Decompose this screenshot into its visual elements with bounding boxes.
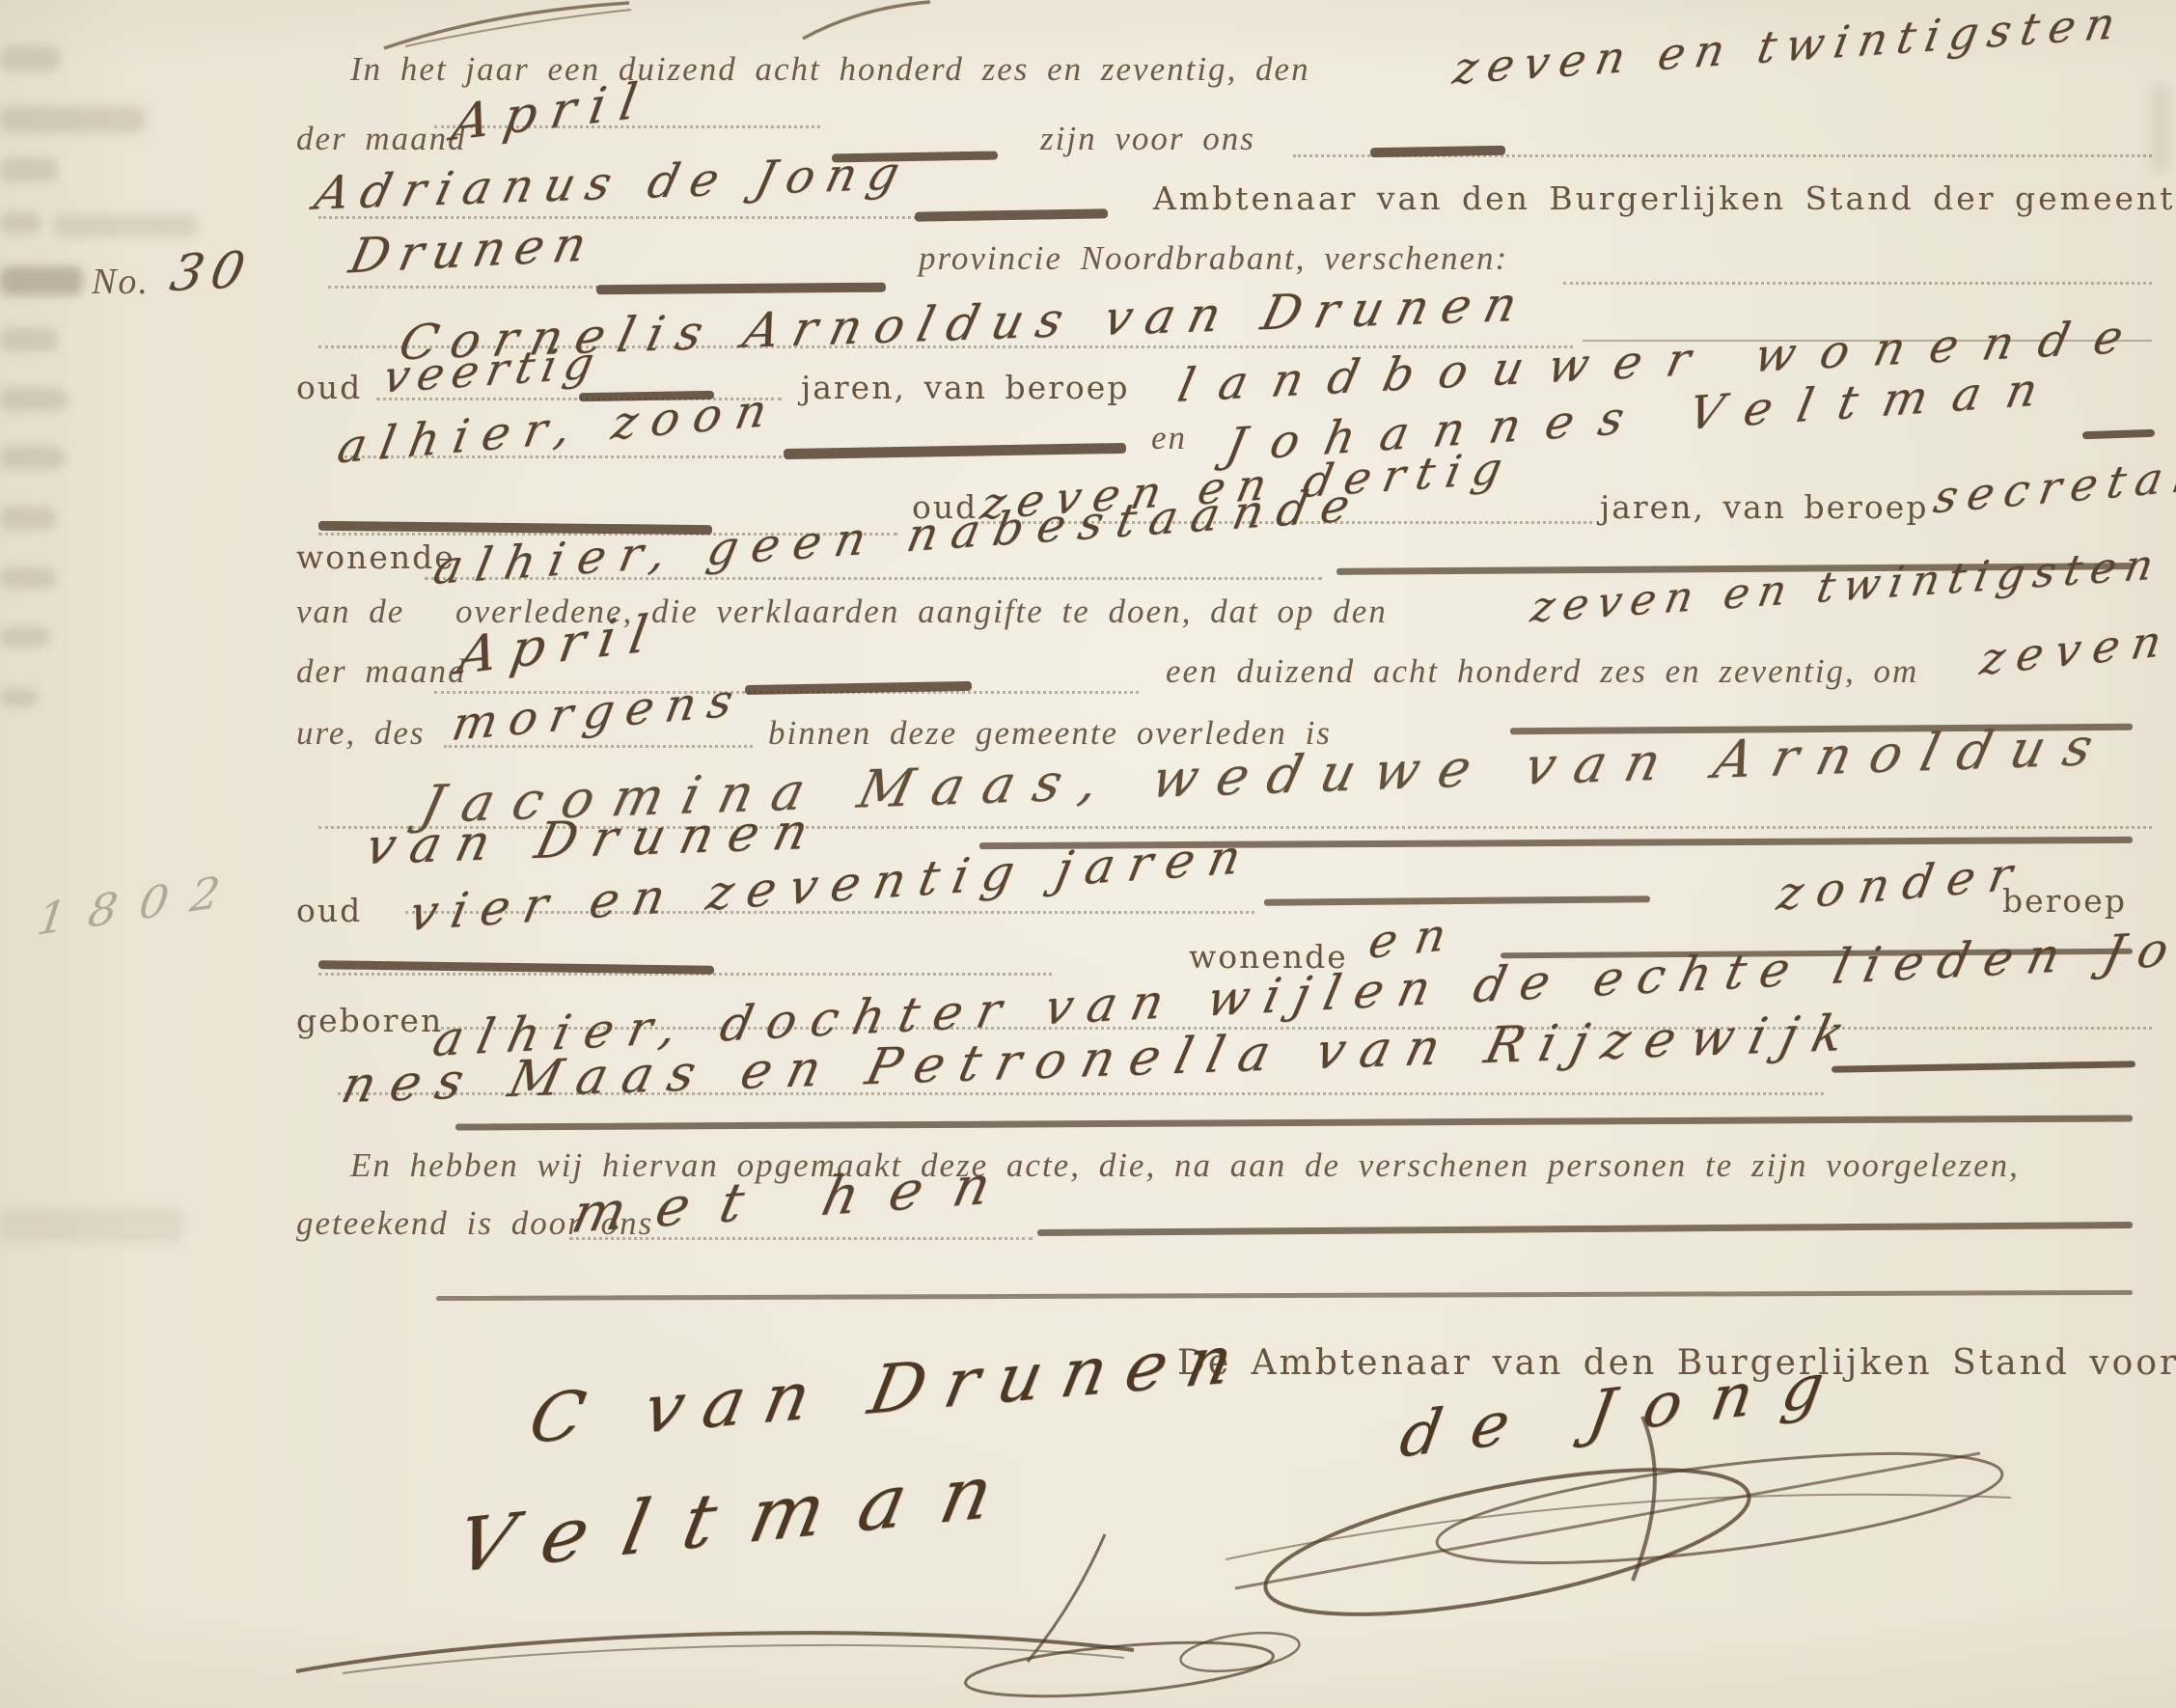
ink-line [455,1115,2133,1130]
bleedthrough-mark [0,388,68,411]
printed-declaration-a: van de [296,592,404,631]
dotted-fill-line [569,1237,1033,1240]
dotted-fill-line [1563,282,2152,285]
margin-pencil-note: 1802 [34,863,245,945]
dotted-fill-line [328,286,598,289]
top-flourish-left-icon [376,0,637,50]
dotted-fill-line [1293,154,2152,157]
death-certificate-page: No. 30 1802 In het jaar een duizend acht… [0,0,2176,1708]
written-death-day: zeven en twintigsten [1528,540,2166,633]
bleedthrough-mark [0,46,60,71]
written-death-hour: zeven [1976,614,2176,685]
printed-ure-des: ure, des [296,714,426,753]
printed-ambtenaar-caption: Ambtenaar van den Burgerlijken Stand der… [1153,179,2176,217]
written-zonder: zonder [1774,846,2030,922]
printed-year-2: een duizend acht honderd zes en zeventig… [1166,652,1918,691]
ink-line [1264,895,1650,905]
bleedthrough-mark [0,1208,183,1243]
printed-beroep-1: jaren, van beroep [801,369,1129,406]
ink-dash [784,443,1126,459]
ink-dash [2082,429,2155,440]
written-day-of-month: zeven en twintigsten [1449,0,2129,95]
record-number-label: No. [92,261,150,303]
dotted-fill-line [434,125,820,128]
printed-en: en [1151,419,1187,457]
dotted-fill-line [318,216,917,219]
printed-closing: En hebben wij hiervan opgemaakt deze act… [350,1146,2020,1185]
ink-dash [915,208,1108,221]
signature-declarant2: Veltman [449,1446,1034,1590]
printed-geboren: geboren [296,1002,443,1039]
ink-line [1037,1222,2133,1236]
bleedthrough-mark [0,158,58,181]
ink-dash [596,283,886,295]
printed-oud-3: oud [296,892,362,929]
bleedthrough-mark [0,567,56,589]
printed-beroep-3: beroep [2002,882,2127,920]
written-time-of-day: morgens [448,673,749,752]
printed-provincie: provincie Noordbrabant, verschenen: [919,239,1508,278]
ink-line [436,1290,2133,1301]
signature-registrar-flourish-icon [1218,1397,2019,1639]
signature-declarant2-flourish-icon [285,1573,1250,1708]
bleedthrough-mark [0,106,145,133]
bleedthrough-mark [0,328,58,351]
dotted-fill-line [425,577,1322,580]
dotted-fill-line [338,1092,1824,1095]
dotted-fill-line [318,973,1052,976]
written-gemeente-name: Drunen [344,215,601,284]
signature-declarant1: C van Drunen [523,1318,1258,1458]
printed-wonende-1: wonende [296,538,455,576]
ink-dash [1832,1061,2135,1072]
top-flourish-right-icon [799,0,934,42]
record-number-value: 30 [166,241,258,303]
bleedthrough-mark [0,266,83,295]
written-declarant2-occupation: secretaris [1930,444,2176,524]
dotted-fill-line [338,455,782,458]
printed-year-intro: In het jaar een duizend acht honderd zes… [350,50,1310,89]
printed-zijn-voor-ons: zijn voor ons [1040,120,1255,158]
printed-beroep-2: jaren, van beroep [1600,488,1928,526]
bleedthrough-mark [0,627,50,647]
bleedthrough-mark [2150,82,2171,174]
bleedthrough-mark [0,212,41,234]
dotted-fill-line [405,911,1254,914]
printed-oud-1: oud [296,369,362,406]
bleedthrough-mark [53,214,198,237]
bleedthrough-mark [0,507,56,530]
bleedthrough-mark [0,689,39,706]
dotted-fill-line [444,745,753,748]
bleedthrough-mark [0,446,66,469]
printed-der-maand-2: der maand [296,652,467,691]
